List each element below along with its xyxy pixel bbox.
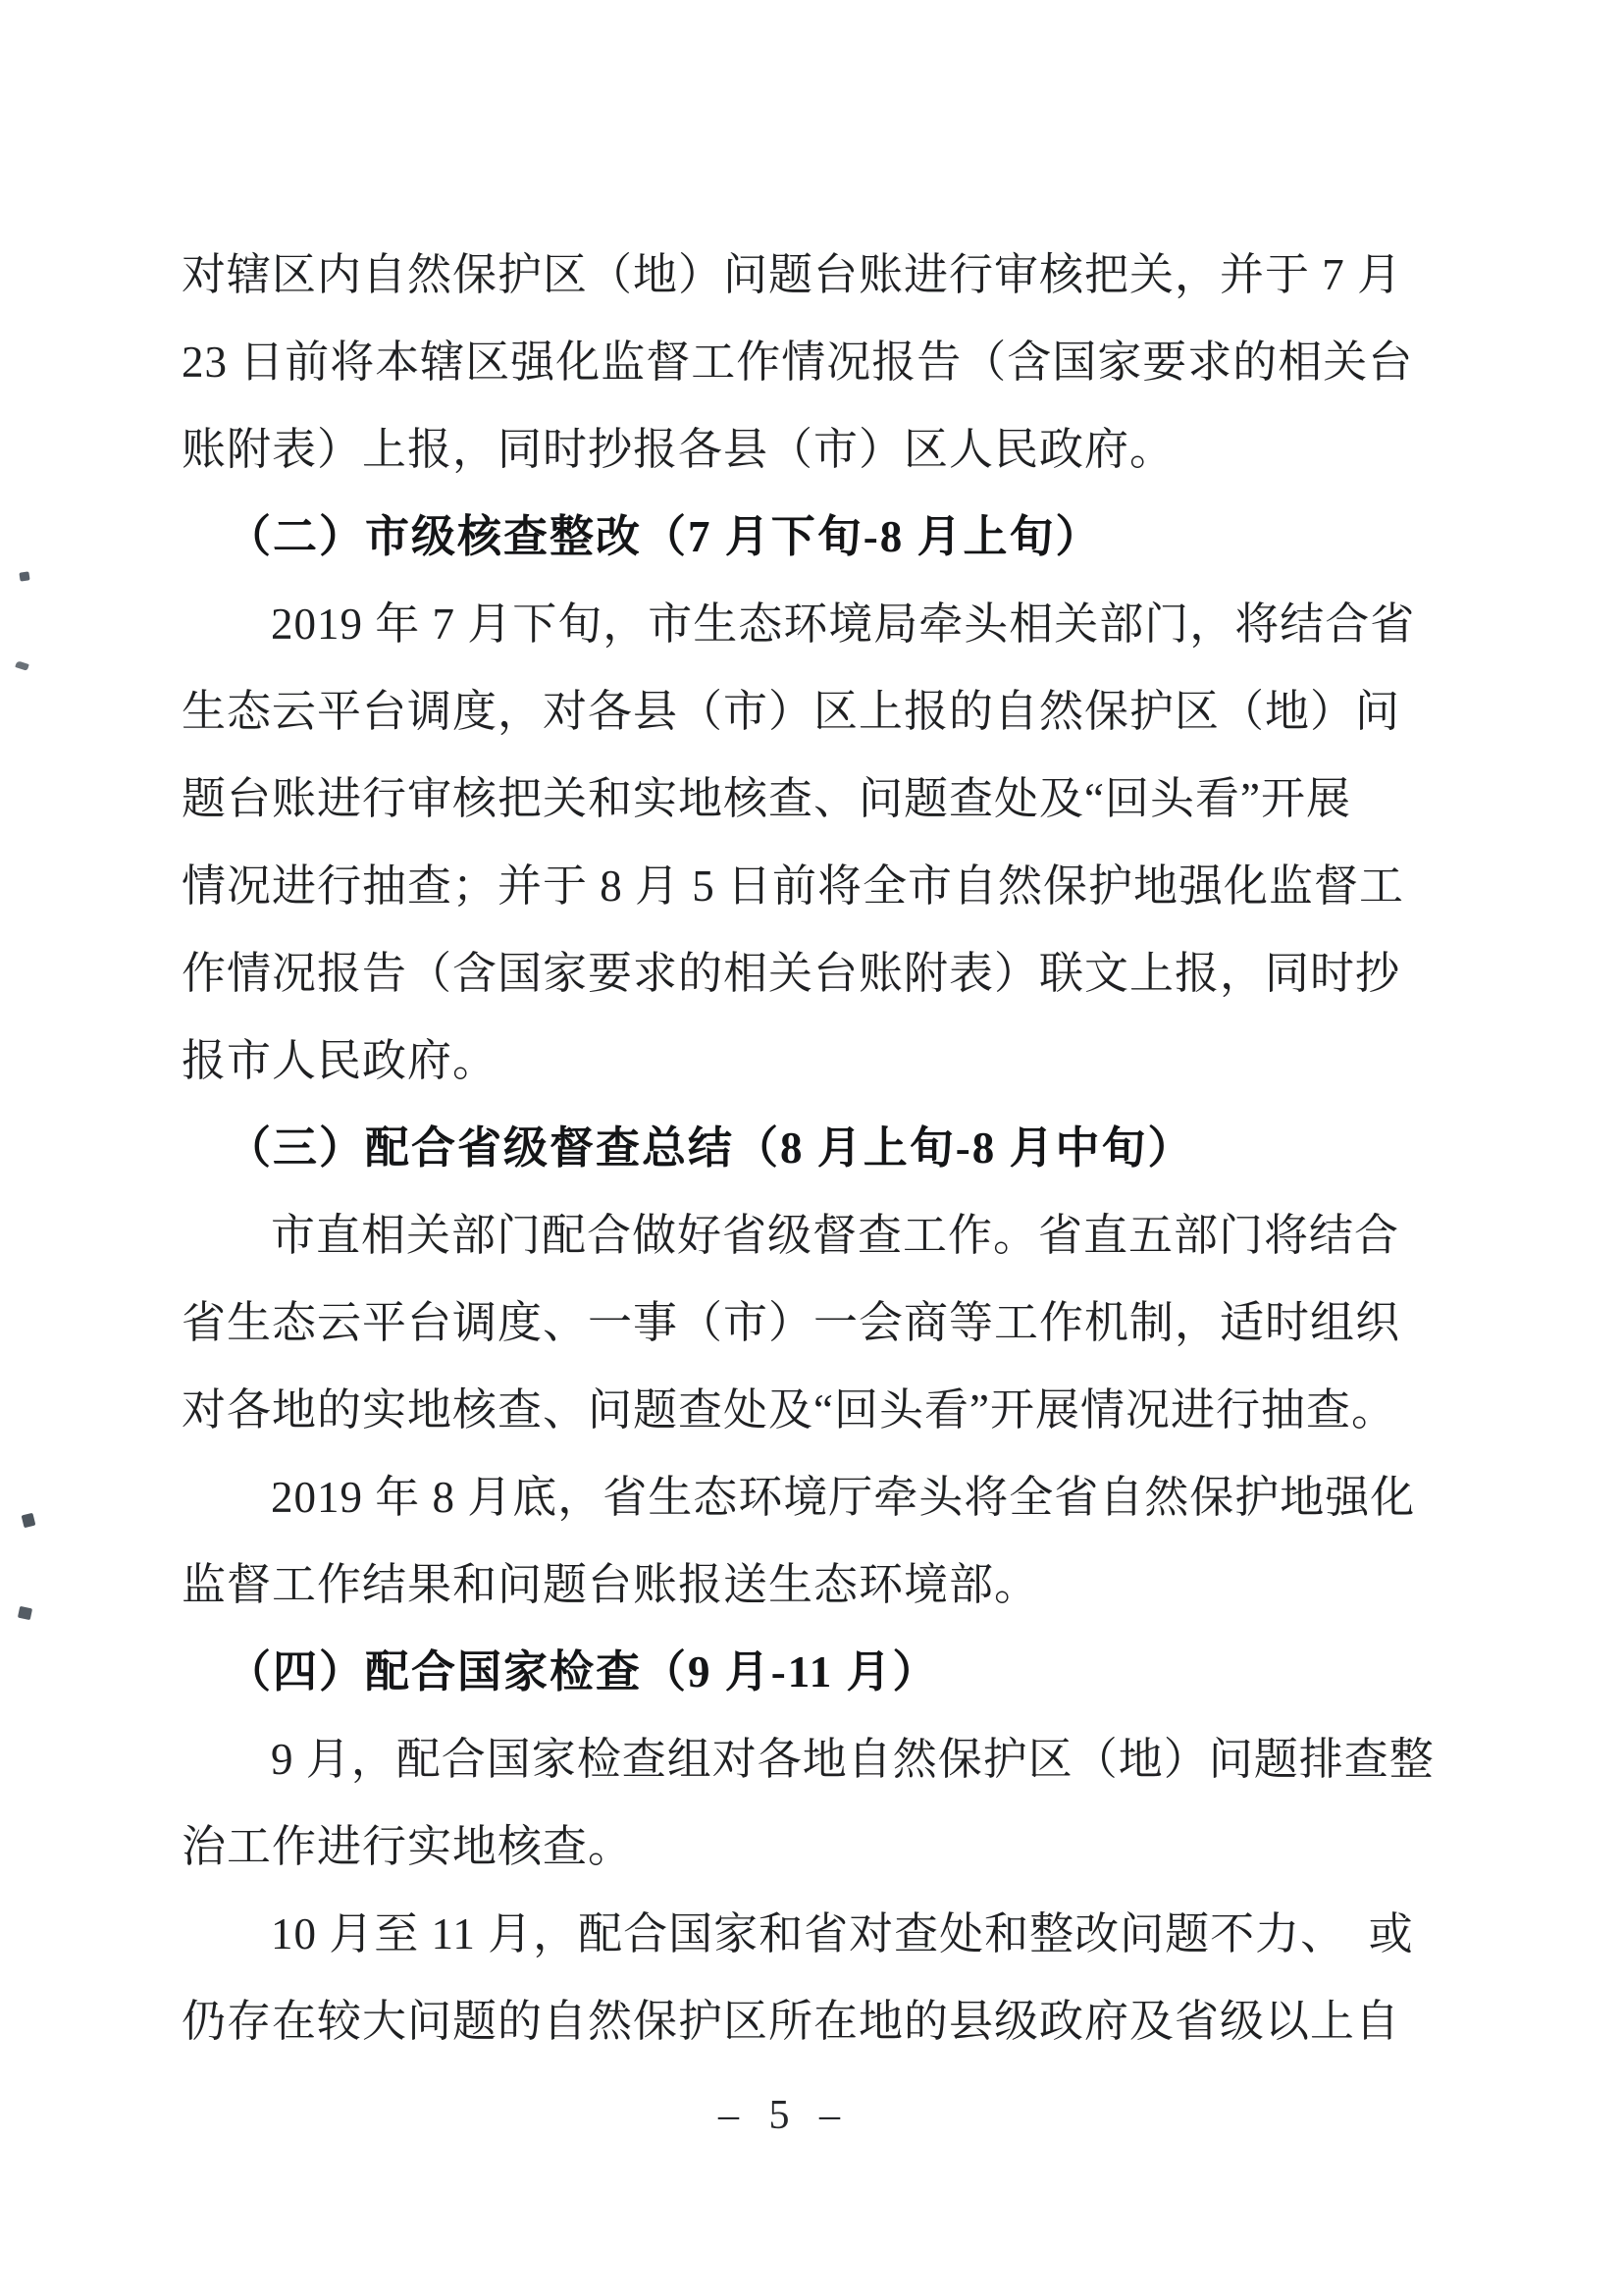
document-body: 对辖区内自然保护区（地）问题台账进行审核把关，并于 7 月23 日前将本辖区强化… [182,232,1387,2065]
body-text-line: 对辖区内自然保护区（地）问题台账进行审核把关，并于 7 月 [182,232,1387,319]
page-number: – 5 – [182,2092,1387,2139]
body-text-line: 10 月至 11 月，配合国家和省对查处和整改问题不力、 或 [182,1891,1387,1978]
body-text-line: 省生态云平台调度、一事（市）一会商等工作机制，适时组织 [182,1279,1387,1367]
body-text-line: 2019 年 8 月底，省生态环境厅牵头将全省自然保护地强化 [182,1454,1387,1541]
scan-speck [18,1606,32,1620]
body-text-line: 2019 年 7 月下旬，市生态环境局牵头相关部门，将结合省 [182,581,1387,668]
scan-speck [15,660,29,671]
body-text-line: 作情况报告（含国家要求的相关台账附表）联文上报，同时抄 [182,930,1387,1018]
scan-speck [22,1513,36,1529]
body-text-line: 报市人民政府。 [182,1018,1387,1105]
body-text-line: 账附表）上报，同时抄报各县（市）区人民政府。 [182,406,1387,494]
body-text-line: 治工作进行实地核查。 [182,1803,1387,1891]
body-text-line: 23 日前将本辖区强化监督工作情况报告（含国家要求的相关台 [182,319,1387,406]
scan-speck [19,571,29,581]
body-text-line: 仍存在较大问题的自然保护区所在地的县级政府及省级以上自 [182,1978,1387,2065]
body-text-line: 生态云平台调度，对各县（市）区上报的自然保护区（地）问 [182,668,1387,756]
body-text-line: 情况进行抽查；并于 8 月 5 日前将全市自然保护地强化监督工 [182,843,1387,930]
body-text-line: 市直相关部门配合做好省级督查工作。省直五部门将结合 [182,1192,1387,1279]
body-text-line: 对各地的实地核查、问题查处及“回头看”开展情况进行抽查。 [182,1367,1387,1454]
section-heading: （三）配合省级督查总结（8 月上旬-8 月中旬） [182,1105,1387,1192]
body-text-line: 监督工作结果和问题台账报送生态环境部。 [182,1541,1387,1629]
body-text-line: 9 月，配合国家检查组对各地自然保护区（地）问题排查整 [182,1716,1387,1803]
scanned-document-page: 对辖区内自然保护区（地）问题台账进行审核把关，并于 7 月23 日前将本辖区强化… [0,0,1623,2296]
section-heading: （四）配合国家检查（9 月-11 月） [182,1629,1387,1716]
body-text-line: 题台账进行审核把关和实地核查、问题查处及“回头看”开展 [182,756,1387,843]
section-heading: （二）市级核查整改（7 月下旬-8 月上旬） [182,494,1387,581]
